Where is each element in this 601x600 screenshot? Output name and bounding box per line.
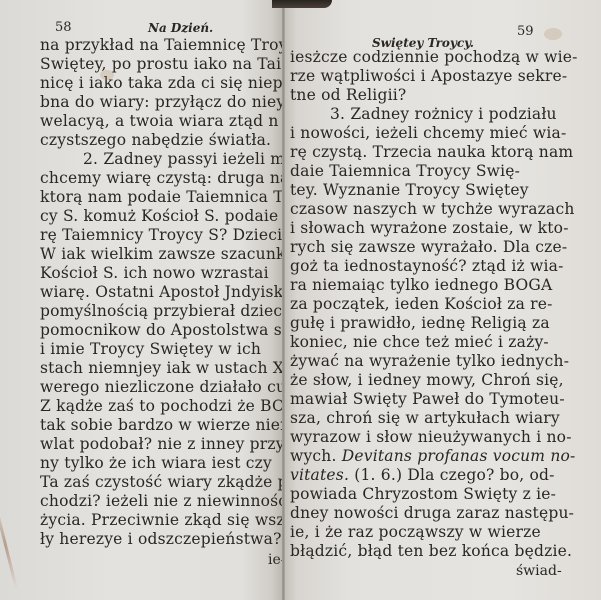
text-line: ły herezye i odszczepieństwa? zk: [40, 530, 284, 548]
book-gutter: [282, 0, 285, 600]
text-line: za początek, ieden Kościoł za re-: [290, 295, 553, 313]
text-line: czasow naszych w tychże wyrazach: [290, 200, 575, 218]
text-line: sza, chroń się w artykułach wiary: [290, 409, 560, 427]
text-line: daie Taiemnica Troycy Swię-: [290, 162, 520, 180]
text-line: pomocnikow do Apostolstwa swe: [40, 321, 284, 339]
text-line: rze wątpliwości i Apostazye sekre-: [290, 67, 567, 85]
left-page: 58 Na Dzień. na przykład na Taiemnicę Tr…: [0, 0, 284, 600]
text-fragment: wych.: [290, 447, 337, 465]
latin-quote: vitates.: [290, 466, 349, 484]
paper-stain: [544, 28, 562, 40]
text-line: i nowości, ieżeli chcemy mieć wia-: [290, 124, 566, 142]
text-line: Swiętey, po prostu iako na Taie: [40, 55, 284, 73]
text-line: rę czystą. Trzecia nauka ktorą nam: [290, 143, 573, 161]
paper-smudge: [0, 501, 18, 589]
text-fragment: (1. 6.) Dla czego? bo, od-: [354, 466, 554, 484]
text-line: tak sobie bardzo w wierze niem: [40, 416, 284, 434]
text-line: wych. Devitans profanas vocum no-: [290, 447, 576, 465]
right-page: Swiętey Troycy. 59 iesżcze codziennie po…: [284, 0, 601, 600]
text-line: dney nowości druga zaraz następu-: [290, 504, 574, 522]
text-line: na przykład na Taiemnicę Troy: [40, 36, 284, 54]
text-line: błądzić, błąd ten bez końca będzie.: [290, 542, 572, 560]
text-line: mawiał Swięty Paweł do Tymoteu-: [290, 390, 565, 408]
text-line: 2. Zadney passyi ieżeli m: [83, 150, 284, 168]
catchword-right: świad-: [516, 563, 562, 579]
text-line: wiarę. Ostatni Apostoł Jndyiski: [40, 283, 284, 301]
text-line: W iak wielkim zawsze szacunku m: [40, 245, 284, 263]
text-line: werego niezliczone działało cu: [40, 378, 284, 396]
text-line: welacyą, a twoia wiara ztąd n: [40, 112, 279, 130]
text-line: stach niemnjey iak w ustach X: [40, 359, 284, 377]
text-line: wyrazow i słow nieużywanych i no-: [290, 428, 572, 446]
text-line: życia. Przeciwnie zkąd się wszcz: [40, 511, 284, 529]
text-line: żywać na wyrażenie tylko iednych-: [290, 352, 569, 370]
text-line: Z kądże zaś to pochodzi że BO: [40, 397, 284, 415]
text-line: pomyślnością przybierał dzieci: [40, 302, 284, 320]
text-line: powiada Chryzostom Swięty z ie-: [290, 485, 556, 503]
text-line: ie, i że raz począwszy w wierze: [290, 523, 541, 541]
text-line: ra niemaiąc tylko iednego BOGA: [290, 276, 552, 294]
text-line: Ta zaś czystość wiary zkądże p: [40, 473, 284, 491]
text-line: iesżcze codziennie pochodzą w wie-: [290, 48, 578, 66]
text-line: ktorą nam podaie Taiemnica Tr: [40, 188, 284, 206]
text-line: chcemy wiarę czystą: druga na: [40, 169, 284, 187]
text-line: gułę i prawidło, iednę Religią za: [290, 314, 550, 332]
text-line: 3. Zadney rożnicy i podziału: [330, 105, 557, 123]
text-line: i imie Troycy Swiętey w ich: [40, 340, 261, 358]
text-line: rę Taiemnicy Troycy S? Dziecio: [40, 226, 284, 244]
text-line: chodzi? ieżeli nie z niewinności i: [40, 492, 284, 510]
text-line: i słowach wyrażone zostaie, w kto-: [290, 219, 569, 237]
text-line: wlat podobał? nie z inney przyczy: [40, 435, 284, 453]
text-line: że słow, i iedney mowy, Chroń się,: [290, 371, 564, 389]
text-line: goż ta iednostayność? ztąd iż wia-: [290, 257, 564, 275]
paper-stain: [100, 70, 114, 80]
running-head-left: Na Dzień.: [148, 21, 213, 35]
text-line: Kościoł S. ich nowo wzrastai: [40, 264, 269, 282]
text-line: czystszego nabędzie światła.: [40, 131, 271, 149]
page-number-left: 58: [55, 20, 72, 35]
text-line: bna do wiary: przyłącz do niey: [40, 93, 284, 111]
page-edge-shadow: [272, 0, 332, 8]
latin-quote: Devitans profanas vocum no-: [342, 447, 576, 465]
text-line: nicę i iako taka zda ci się niepo: [40, 74, 284, 92]
text-line: ny tylko że ich wiara iest czy: [40, 454, 272, 472]
text-line: koniec, nie chce też mieć i zaży-: [290, 333, 549, 351]
text-line: tey. Wyznanie Troycy Swiętey: [290, 181, 529, 199]
open-book: 58 Na Dzień. na przykład na Taiemnicę Tr…: [0, 0, 601, 600]
page-number-right: 59: [517, 24, 534, 39]
text-line: vitates. (1. 6.) Dla czego? bo, od-: [290, 466, 555, 484]
text-line: rych się zawsze wyrażało. Dla cze-: [290, 238, 567, 256]
text-line: tne od Religii?: [290, 86, 406, 104]
text-line: cy S. komuż Kościoł S. podaie w: [40, 207, 284, 225]
